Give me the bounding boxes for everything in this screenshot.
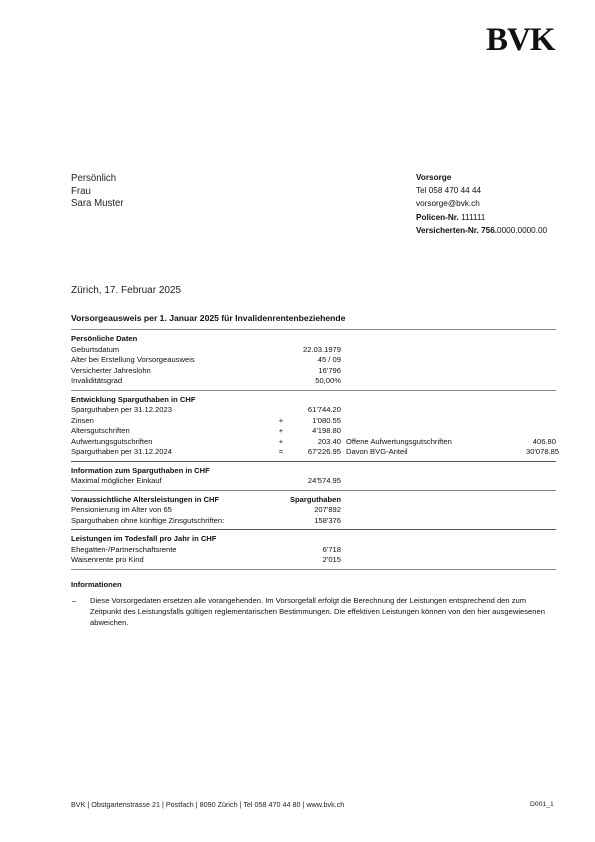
row-label: Ehegatten-/Partnerschaftsrente bbox=[71, 545, 271, 556]
policy-label: Policen-Nr. bbox=[416, 213, 459, 222]
row-operator bbox=[271, 355, 291, 366]
section-title: Entwicklung Sparguthaben in CHF bbox=[71, 395, 556, 406]
row-operator bbox=[271, 516, 291, 527]
table-row: Ehegatten-/Partnerschaftsrente6'718 bbox=[71, 545, 556, 556]
section-death-benefits: Leistungen im Todesfall pro Jahr in CHF … bbox=[71, 530, 556, 569]
table-row: Sparguthaben per 31.12.202361'744.20 bbox=[71, 405, 556, 416]
row-value: 24'574.95 bbox=[291, 476, 341, 487]
addressee-line-name: Sara Muster bbox=[71, 197, 124, 210]
row-label: Sparguthaben ohne künftige Zinsgutschrif… bbox=[71, 516, 271, 527]
row-operator: + bbox=[271, 426, 291, 437]
row-operator: + bbox=[271, 437, 291, 448]
row-label: Altersgutschriften bbox=[71, 426, 271, 437]
divider bbox=[71, 569, 556, 570]
row-label: Waisenrente pro Kind bbox=[71, 555, 271, 566]
row-operator bbox=[271, 376, 291, 387]
row-value: 1'080.55 bbox=[291, 416, 341, 427]
row-value: 2'015 bbox=[291, 555, 341, 566]
column-header-savings: Sparguthaben bbox=[281, 495, 341, 506]
row-secondary-value bbox=[526, 416, 556, 427]
row-value: 61'744.20 bbox=[291, 405, 341, 416]
row-value: 4'198.80 bbox=[291, 426, 341, 437]
section-savings-information: Information zum Sparguthaben in CHF Maxi… bbox=[71, 462, 556, 490]
row-operator bbox=[271, 405, 291, 416]
table-row: Maximal möglicher Einkauf24'574.95 bbox=[71, 476, 556, 487]
contact-phone: Tel 058 470 44 44 bbox=[416, 184, 547, 197]
row-operator bbox=[271, 345, 291, 356]
insured-prefix: 756. bbox=[481, 226, 497, 235]
row-value: 22.03.1979 bbox=[291, 345, 341, 356]
row-secondary-label bbox=[346, 405, 526, 416]
footer-address: BVK | Obstgartenstrasse 21 | Postfach | … bbox=[71, 800, 344, 809]
row-operator: + bbox=[271, 416, 291, 427]
row-secondary-value: 30'078.85 bbox=[526, 447, 556, 458]
row-operator bbox=[271, 366, 291, 377]
row-label: Aufwertungsgutschriften bbox=[71, 437, 271, 448]
addressee-block: Persönlich Frau Sara Muster bbox=[71, 172, 128, 210]
row-value: 203.40 bbox=[291, 437, 341, 448]
section-savings-development: Entwicklung Sparguthaben in CHF Sparguth… bbox=[71, 391, 556, 461]
row-operator: = bbox=[271, 447, 291, 458]
row-secondary-label bbox=[346, 416, 526, 427]
row-value: 207'892 bbox=[291, 505, 341, 516]
date-line: Zürich, 17. Februar 2025 bbox=[71, 285, 181, 296]
section-title: Information zum Sparguthaben in CHF bbox=[71, 466, 556, 477]
row-secondary-value bbox=[526, 426, 556, 437]
section-personal-data: Persönliche Daten Geburtsdatum22.03.1979… bbox=[71, 330, 556, 390]
addressee-line-confidential: Persönlich bbox=[71, 172, 124, 185]
addressee-line-salutation: Frau bbox=[71, 185, 124, 198]
contact-block: Vorsorge Tel 058 470 44 44 vorsorge@bvk.… bbox=[416, 171, 547, 237]
table-row: Altersgutschriften+4'198.80 bbox=[71, 426, 556, 437]
table-row: Waisenrente pro Kind2'015 bbox=[71, 555, 556, 566]
row-label: Geburtsdatum bbox=[71, 345, 271, 356]
contact-email[interactable]: vorsorge@bvk.ch bbox=[416, 197, 547, 210]
policy-number-line: Policen-Nr. 111111 bbox=[416, 211, 547, 224]
row-secondary-label bbox=[346, 426, 526, 437]
insured-number: 0000.0000.00 bbox=[497, 226, 547, 235]
row-label: Sparguthaben per 31.12.2023 bbox=[71, 405, 271, 416]
section-title: Leistungen im Todesfall pro Jahr in CHF bbox=[71, 534, 556, 545]
table-row: Sparguthaben ohne künftige Zinsgutschrif… bbox=[71, 516, 556, 527]
bullet-dash: – bbox=[71, 595, 90, 628]
table-row: Pensionierung im Alter von 65207'892 bbox=[71, 505, 556, 516]
row-secondary-value: 406.80 bbox=[526, 437, 556, 448]
note-text: Diese Vorsorgedaten ersetzen alle vorang… bbox=[90, 595, 550, 628]
section-title: Voraussichtliche Altersleistungen in CHF bbox=[71, 495, 271, 506]
table-row: Invaliditätsgrad50,00% bbox=[71, 376, 556, 387]
insured-label: Versicherten-Nr. bbox=[416, 226, 479, 235]
document-title: Vorsorgeausweis per 1. Januar 2025 für I… bbox=[71, 313, 345, 323]
row-value: 158'376 bbox=[291, 516, 341, 527]
bvk-logo: BVK bbox=[486, 24, 555, 57]
row-value: 67'226.95 bbox=[291, 447, 341, 458]
table-row: Sparguthaben per 31.12.2024=67'226.95Dav… bbox=[71, 447, 556, 458]
row-value: 16'796 bbox=[291, 366, 341, 377]
row-label: Maximal möglicher Einkauf bbox=[71, 476, 271, 487]
row-secondary-label: Offene Aufwertungsgutschriften bbox=[346, 437, 526, 448]
row-label: Alter bei Erstellung Vorsorgeausweis bbox=[71, 355, 271, 366]
row-operator bbox=[271, 476, 291, 487]
row-label: Invaliditätsgrad bbox=[71, 376, 271, 387]
row-label: Zinsen bbox=[71, 416, 271, 427]
table-row: Aufwertungsgutschriften+203.40Offene Auf… bbox=[71, 437, 556, 448]
row-value: 6'718 bbox=[291, 545, 341, 556]
contact-department: Vorsorge bbox=[416, 173, 451, 182]
row-label: Pensionierung im Alter von 65 bbox=[71, 505, 271, 516]
row-operator bbox=[271, 545, 291, 556]
section-retirement-benefits: Voraussichtliche Altersleistungen in CHF… bbox=[71, 491, 556, 530]
table-row: Geburtsdatum22.03.1979 bbox=[71, 345, 556, 356]
row-secondary-label: Davon BVG-Anteil bbox=[346, 447, 526, 458]
row-value: 45 / 09 bbox=[291, 355, 341, 366]
document-id: D001_1 bbox=[530, 801, 554, 808]
row-label: Sparguthaben per 31.12.2024 bbox=[71, 447, 271, 458]
insured-number-line: Versicherten-Nr. 756.0000.0000.00 bbox=[416, 224, 547, 237]
row-operator bbox=[271, 555, 291, 566]
row-label: Versicherter Jahreslohn bbox=[71, 366, 271, 377]
row-operator bbox=[271, 505, 291, 516]
row-value: 50,00% bbox=[291, 376, 341, 387]
policy-number: 111111 bbox=[461, 213, 485, 222]
section-header-row: Voraussichtliche Altersleistungen in CHF… bbox=[71, 495, 556, 506]
pension-statement: Persönliche Daten Geburtsdatum22.03.1979… bbox=[71, 329, 556, 628]
table-row: Versicherter Jahreslohn16'796 bbox=[71, 366, 556, 377]
row-secondary-value bbox=[526, 405, 556, 416]
note-item: –Diese Vorsorgedaten ersetzen alle voran… bbox=[71, 595, 556, 628]
notes-title: Informationen bbox=[71, 580, 556, 591]
table-row: Alter bei Erstellung Vorsorgeausweis45 /… bbox=[71, 355, 556, 366]
table-row: Zinsen+1'080.55 bbox=[71, 416, 556, 427]
section-title: Persönliche Daten bbox=[71, 334, 556, 345]
